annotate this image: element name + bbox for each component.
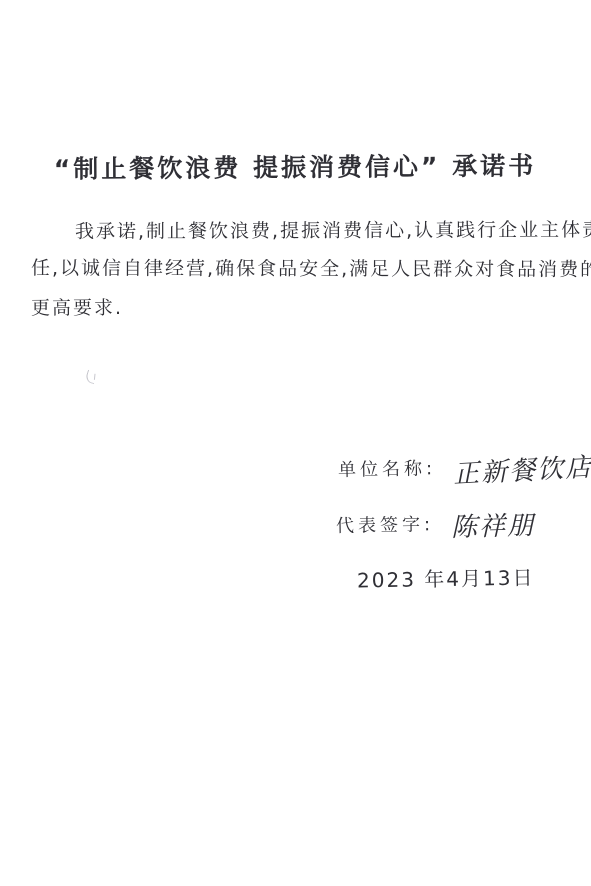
representative-signature-handwritten-value: 陈祥朋	[451, 505, 536, 544]
representative-signature-row: 代表签字: 陈祥朋	[336, 506, 535, 543]
body-line-1: 我承诺,制止餐饮浪费,提振消费信心,认真践行企业主体责	[31, 211, 571, 251]
date-line: 2023 年4月13日	[357, 561, 535, 593]
unit-name-label: 单位名称:	[338, 454, 437, 482]
document-body: 我承诺,制止餐饮浪费,提振消费信心,认真践行企业主体责 任,以诚信自律经营,确保…	[31, 212, 571, 326]
body-line-3: 更高要求.	[31, 287, 571, 328]
scan-smudge-mark	[84, 370, 97, 385]
document-title: “制止餐饮浪费 提振消费信心” 承诺书	[45, 146, 545, 185]
unit-name-handwritten-value: 正新餐饮店.	[452, 446, 591, 491]
body-line-2: 任,以诚信自律经营,确保食品安全,满足人民群众对食品消费的	[31, 249, 571, 288]
scanned-document-page: “制止餐饮浪费 提振消费信心” 承诺书 我承诺,制止餐饮浪费,提振消费信心,认真…	[0, 0, 591, 886]
representative-signature-label: 代表签字:	[336, 510, 435, 538]
unit-name-row: 单位名称: 正新餐饮店.	[338, 450, 591, 487]
